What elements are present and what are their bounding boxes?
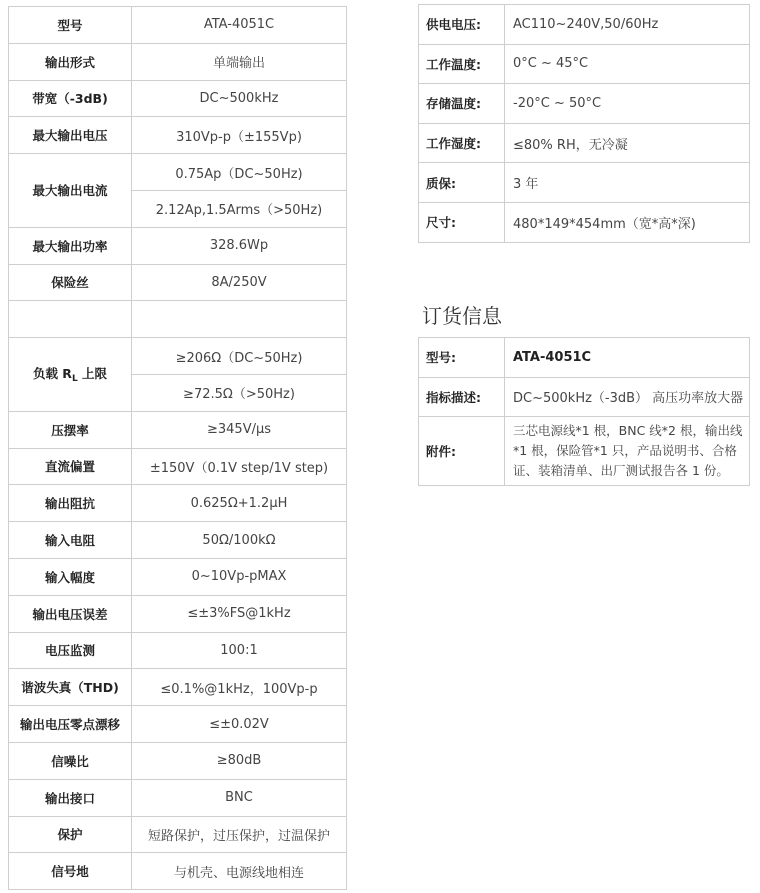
row-label: 供电电压: [419,5,505,45]
order-info-heading: 订货信息 [422,300,502,329]
row-value: ≤±0.02V [132,706,347,743]
table-row: 供电电压:AC110~240V,50/60Hz [419,5,750,45]
row-label: 谐波失真（THD) [9,669,132,706]
row-value: 480*149*454mm（宽*高*深) [505,202,750,242]
table-row: 输出电压零点漂移≤±0.02V [9,706,347,743]
row-label: 最大输出功率 [9,227,132,264]
table-row: 电压监测100:1 [9,632,347,669]
table-row [9,301,347,338]
row-value: 2.12Ap,1.5Arms（>50Hz) [132,190,347,227]
row-label: 质保: [419,163,505,203]
row-value: 三芯电源线*1 根，BNC 线*2 根，输出线*1 根，保险管*1 只，产品说明… [505,417,750,486]
spec-table-main: 型号ATA-4051C 输出形式单端输出 带宽（-3dB)DC~500kHz 最… [8,6,347,890]
row-label: 输出电压零点漂移 [9,706,132,743]
row-value: ±150V（0.1V step/1V step) [132,448,347,485]
row-value: 100:1 [132,632,347,669]
row-value: 0.75Ap（DC~50Hz) [132,154,347,191]
row-label: 输入幅度 [9,558,132,595]
row-value: ≥206Ω（DC~50Hz) [132,338,347,375]
table-row: 信号地与机壳、电源线地相连 [9,853,347,890]
row-value: ≥80dB [132,742,347,779]
row-value: DC~500kHz（-3dB） 高压功率放大器 [505,377,750,417]
row-value: 0.625Ω+1.2μH [132,485,347,522]
row-value: 短路保护，过压保护，过温保护 [132,816,347,853]
order-info-table: 型号:ATA-4051C 指标描述:DC~500kHz（-3dB） 高压功率放大… [418,337,750,486]
row-label: 输出阻抗 [9,485,132,522]
row-value: 单端输出 [132,43,347,80]
row-label: 保护 [9,816,132,853]
table-row: 最大输出电流0.75Ap（DC~50Hz) [9,154,347,191]
row-label: 输入电阻 [9,522,132,559]
table-row: 压摆率≥345V/μs [9,411,347,448]
table-row: 输出电压误差≤±3%FS@1kHz [9,595,347,632]
row-label: 附件: [419,417,505,486]
row-label: 电压监测 [9,632,132,669]
table-row: 指标描述:DC~500kHz（-3dB） 高压功率放大器 [419,377,750,417]
row-value: DC~500kHz [132,80,347,117]
row-value: ≤±3%FS@1kHz [132,595,347,632]
table-row: 输入电阻50Ω/100kΩ [9,522,347,559]
table-row: 保护短路保护，过压保护，过温保护 [9,816,347,853]
row-label [9,301,132,338]
row-label: 最大输出电流 [9,154,132,228]
row-label: 型号: [419,338,505,378]
table-row: 输出形式单端输出 [9,43,347,80]
label-suffix: 上限 [78,366,107,381]
table-row: 尺寸:480*149*454mm（宽*高*深) [419,202,750,242]
table-row: 输出接口BNC [9,779,347,816]
table-row: 带宽（-3dB)DC~500kHz [9,80,347,117]
table-row: 直流偏置±150V（0.1V step/1V step) [9,448,347,485]
table-row: 谐波失真（THD)≤0.1%@1kHz，100Vp-p [9,669,347,706]
row-value: BNC [132,779,347,816]
table-row: 型号:ATA-4051C [419,338,750,378]
table-row: 存储温度:-20°C ~ 50°C [419,84,750,124]
table-row: 信噪比≥80dB [9,742,347,779]
row-value: 0~10Vp-pMAX [132,558,347,595]
row-label: 输出形式 [9,43,132,80]
row-value: AC110~240V,50/60Hz [505,5,750,45]
label-prefix: 负载 R [33,366,72,381]
table-row: 型号ATA-4051C [9,7,347,44]
table-row: 输入幅度0~10Vp-pMAX [9,558,347,595]
row-value: ATA-4051C [132,7,347,44]
table-row: 质保:3 年 [419,163,750,203]
table-row: 最大输出电压310Vp-p（±155Vp) [9,117,347,154]
row-label: 最大输出电压 [9,117,132,154]
row-value: 50Ω/100kΩ [132,522,347,559]
row-label: 工作湿度: [419,123,505,163]
row-value: ≤0.1%@1kHz，100Vp-p [132,669,347,706]
row-value: ≥345V/μs [132,411,347,448]
row-label: 尺寸: [419,202,505,242]
row-label: 指标描述: [419,377,505,417]
row-label: 工作温度: [419,44,505,84]
row-value [132,301,347,338]
table-row: 保险丝8A/250V [9,264,347,301]
table-row: 工作湿度:≤80% RH，无冷凝 [419,123,750,163]
row-label: 保险丝 [9,264,132,301]
row-value: 0°C ~ 45°C [505,44,750,84]
row-label: 输出电压误差 [9,595,132,632]
row-label: 信噪比 [9,742,132,779]
table-row: 附件:三芯电源线*1 根，BNC 线*2 根，输出线*1 根，保险管*1 只，产… [419,417,750,486]
table-row: 输出阻抗0.625Ω+1.2μH [9,485,347,522]
row-label: 负载 RL 上限 [9,338,132,412]
row-value: -20°C ~ 50°C [505,84,750,124]
row-value: 与机壳、电源线地相连 [132,853,347,890]
row-label: 型号 [9,7,132,44]
row-value: 3 年 [505,163,750,203]
row-value: ATA-4051C [505,338,750,378]
row-value: ≤80% RH，无冷凝 [505,123,750,163]
row-label: 直流偏置 [9,448,132,485]
row-value: ≥72.5Ω（>50Hz) [132,374,347,411]
row-label: 存储温度: [419,84,505,124]
row-value: 328.6Wp [132,227,347,264]
spec-table-environment: 供电电压:AC110~240V,50/60Hz 工作温度:0°C ~ 45°C … [418,4,750,243]
row-label: 压摆率 [9,411,132,448]
row-label: 信号地 [9,853,132,890]
row-label: 带宽（-3dB) [9,80,132,117]
table-row: 工作温度:0°C ~ 45°C [419,44,750,84]
table-row: 负载 RL 上限 ≥206Ω（DC~50Hz) [9,338,347,375]
row-value: 310Vp-p（±155Vp) [132,117,347,154]
row-value: 8A/250V [132,264,347,301]
row-label: 输出接口 [9,779,132,816]
table-row: 最大输出功率328.6Wp [9,227,347,264]
